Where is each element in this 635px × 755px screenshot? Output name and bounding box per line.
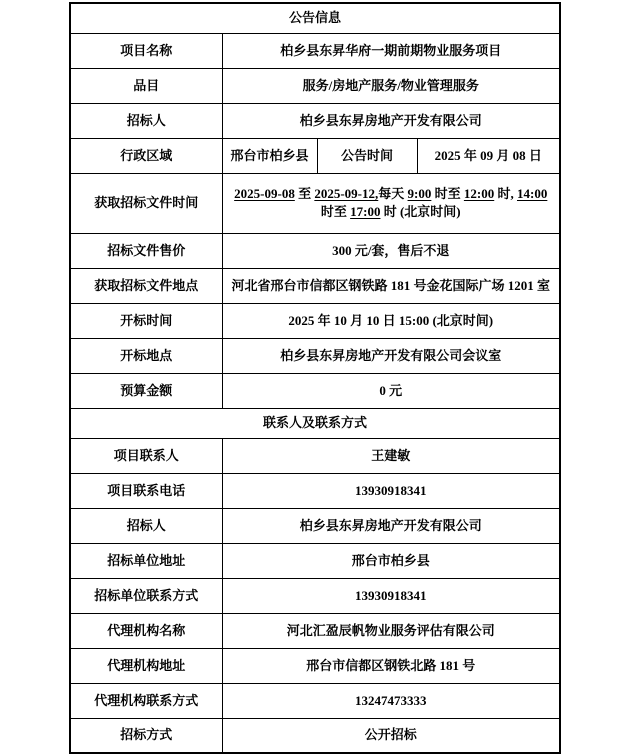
text-segment: 时 (北京时间) <box>380 204 460 219</box>
table-row-bid-open-place: 开标地点柏乡县东昇房地产开发有限公司会议室 <box>70 338 560 373</box>
category-label: 品目 <box>70 68 222 103</box>
table-row-region-and-date: 行政区域邢台市柏乡县公告时间2025 年 09 月 08 日 <box>70 138 560 173</box>
text-segment: 17:00 <box>350 204 380 219</box>
text-segment: 每天 <box>378 186 407 201</box>
doc-price-label: 招标文件售价 <box>70 233 222 268</box>
table-row-tenderee-name: 招标人柏乡县东昇房地产开发有限公司 <box>70 508 560 543</box>
page-canvas: 公告信息项目名称柏乡县东昇华府一期前期物业服务项目品目服务/房地产服务/物业管理… <box>0 0 635 755</box>
table-row-budget: 预算金额0 元 <box>70 373 560 408</box>
bid-open-time-label: 开标时间 <box>70 303 222 338</box>
doc-obtain-place-value: 河北省邢台市信都区钢铁路 181 号金花国际广场 1201 室 <box>222 268 560 303</box>
text-segment: 12:00 <box>464 186 494 201</box>
table-row-project-phone: 项目联系电话13930918341 <box>70 473 560 508</box>
agency-address-label: 代理机构地址 <box>70 648 222 683</box>
text-segment: 时至 <box>321 204 350 219</box>
project-name-value: 柏乡县东昇华府一期前期物业服务项目 <box>222 33 560 68</box>
doc-price-value: 300 元/套，售后不退 <box>222 233 560 268</box>
tenderee-phone-value: 13930918341 <box>222 578 560 613</box>
tenderee-address-label: 招标单位地址 <box>70 543 222 578</box>
budget-value: 0 元 <box>222 373 560 408</box>
tenderee-phone-label: 招标单位联系方式 <box>70 578 222 613</box>
text-segment: 2025-09-12, <box>314 186 378 201</box>
table-row-tender-method: 招标方式公开招标 <box>70 718 560 753</box>
text-segment: 9:00 <box>408 186 432 201</box>
project-contact-label: 项目联系人 <box>70 438 222 473</box>
table-row-announcement-info: 公告信息 <box>70 3 560 33</box>
bid-open-place-value: 柏乡县东昇房地产开发有限公司会议室 <box>222 338 560 373</box>
tenderee-name-value: 柏乡县东昇房地产开发有限公司 <box>222 508 560 543</box>
table-row-project-contact: 项目联系人王建敏 <box>70 438 560 473</box>
section-header-contact-info: 联系人及联系方式 <box>70 408 560 438</box>
tender-method-value: 公开招标 <box>222 718 560 753</box>
table-row-doc-obtain-place: 获取招标文件地点河北省邢台市信都区钢铁路 181 号金花国际广场 1201 室 <box>70 268 560 303</box>
category-value: 服务/房地产服务/物业管理服务 <box>222 68 560 103</box>
tenderee-address-value: 邢台市柏乡县 <box>222 543 560 578</box>
section-header-announcement-info: 公告信息 <box>70 3 560 33</box>
region-and-date-value-1: 邢台市柏乡县 <box>222 138 317 173</box>
table-row-category: 品目服务/房地产服务/物业管理服务 <box>70 68 560 103</box>
table-row-tenderee-phone: 招标单位联系方式13930918341 <box>70 578 560 613</box>
text-segment: 14:00 <box>517 186 547 201</box>
table-row-agency-phone: 代理机构联系方式13247473333 <box>70 683 560 718</box>
table-row-tenderee-address: 招标单位地址邢台市柏乡县 <box>70 543 560 578</box>
text-segment: 时, <box>494 186 517 201</box>
tenderee-value: 柏乡县东昇房地产开发有限公司 <box>222 103 560 138</box>
table-row-tenderee: 招标人柏乡县东昇房地产开发有限公司 <box>70 103 560 138</box>
table-row-doc-price: 招标文件售价300 元/套，售后不退 <box>70 233 560 268</box>
text-segment: 至 <box>295 186 315 201</box>
table-row-agency-name: 代理机构名称河北汇盈辰帆物业服务评估有限公司 <box>70 613 560 648</box>
project-contact-value: 王建敏 <box>222 438 560 473</box>
project-phone-value: 13930918341 <box>222 473 560 508</box>
table-row-agency-address: 代理机构地址邢台市信都区钢铁北路 181 号 <box>70 648 560 683</box>
project-phone-label: 项目联系电话 <box>70 473 222 508</box>
bid-open-place-label: 开标地点 <box>70 338 222 373</box>
table-row-bid-open-time: 开标时间2025 年 10 月 10 日 15:00 (北京时间) <box>70 303 560 338</box>
table-row-contact-info: 联系人及联系方式 <box>70 408 560 438</box>
budget-label: 预算金额 <box>70 373 222 408</box>
bid-open-time-value: 2025 年 10 月 10 日 15:00 (北京时间) <box>222 303 560 338</box>
doc-obtain-place-label: 获取招标文件地点 <box>70 268 222 303</box>
table-row-doc-obtain-time: 获取招标文件时间2025-09-08 至 2025-09-12,每天 9:00 … <box>70 173 560 233</box>
text-segment: 2025-09-08 <box>234 186 295 201</box>
agency-name-label: 代理机构名称 <box>70 613 222 648</box>
agency-phone-label: 代理机构联系方式 <box>70 683 222 718</box>
agency-phone-value: 13247473333 <box>222 683 560 718</box>
table-row-project-name: 项目名称柏乡县东昇华府一期前期物业服务项目 <box>70 33 560 68</box>
agency-address-value: 邢台市信都区钢铁北路 181 号 <box>222 648 560 683</box>
doc-obtain-time-label: 获取招标文件时间 <box>70 173 222 233</box>
region-and-date-value-3: 2025 年 09 月 08 日 <box>417 138 560 173</box>
project-name-label: 项目名称 <box>70 33 222 68</box>
tender-method-label: 招标方式 <box>70 718 222 753</box>
region-and-date-label-2: 公告时间 <box>317 138 417 173</box>
text-segment: 时至 <box>431 186 464 201</box>
announcement-table-body: 公告信息项目名称柏乡县东昇华府一期前期物业服务项目品目服务/房地产服务/物业管理… <box>70 3 560 753</box>
tenderee-name-label: 招标人 <box>70 508 222 543</box>
agency-name-value: 河北汇盈辰帆物业服务评估有限公司 <box>222 613 560 648</box>
region-and-date-label-0: 行政区域 <box>70 138 222 173</box>
tenderee-label: 招标人 <box>70 103 222 138</box>
doc-obtain-time-value: 2025-09-08 至 2025-09-12,每天 9:00 时至 12:00… <box>222 173 560 233</box>
announcement-table: 公告信息项目名称柏乡县东昇华府一期前期物业服务项目品目服务/房地产服务/物业管理… <box>69 2 561 754</box>
